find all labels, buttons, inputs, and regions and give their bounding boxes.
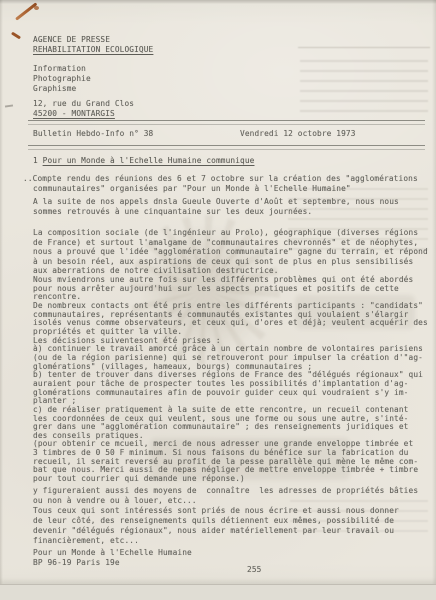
- paragraph-decisions: Nous mviendrons une autre fois sur les d…: [33, 276, 428, 484]
- heading-number: 1: [33, 156, 43, 165]
- paragraph-interesses: y figureraient aussi des moyens de conna…: [33, 486, 418, 545]
- scanned-bulletin-page: AGENCE DE PRESSEREHABILITATION ECOLOGIQU…: [0, 0, 436, 600]
- bleedthrough-text-top-right: [300, 60, 428, 118]
- article-heading: 1 Pour un Monde à l'Echelle Humaine comm…: [33, 156, 254, 166]
- scan-edge-bottom: [0, 584, 436, 600]
- address-city: 45200 - MONTARGIS: [33, 109, 115, 118]
- address-street: 12, rue du Grand Clos: [33, 99, 134, 108]
- margin-dash-mark: [5, 104, 13, 107]
- agency-services: Information Photographie Graphisme: [33, 64, 91, 94]
- scan-edge-right: [432, 0, 436, 600]
- horizontal-rule-top: [28, 120, 425, 125]
- bulletin-number: Bulletin Hebdo-Info n° 38: [33, 129, 153, 139]
- paragraph-compte-rendu: ..Compte rendu des réunions des 6 et 7 o…: [33, 174, 418, 193]
- horizontal-rule-bottom: [28, 145, 425, 150]
- agency-address: 12, rue du Grand Clos45200 - MONTARGIS: [33, 99, 134, 119]
- paragraph-appels: A la suite de nos appels dnsla Gueule Ou…: [33, 197, 399, 216]
- bulletin-date: Vendredi 12 octobre 1973: [240, 129, 356, 139]
- agency-line2: REHABILITATION ECOLOGIQUE: [33, 45, 153, 54]
- agency-name: AGENCE DE PRESSEREHABILITATION ECOLOGIQU…: [33, 35, 153, 55]
- scan-edge-top: [0, 0, 436, 4]
- agency-line1: AGENCE DE PRESSE: [33, 35, 110, 44]
- paragraph-composition: La composition sociale (de l'ingénieur a…: [33, 228, 428, 276]
- scan-edge-left: [0, 0, 3, 600]
- bleedthrough-underline: [298, 47, 430, 49]
- heading-title: Pour un Monde à l'Echelle Humaine commun…: [43, 156, 255, 165]
- footer-organisation: Pour un Monde à l'Echelle Humaine BP 96-…: [33, 548, 192, 568]
- page-number: 255: [247, 565, 261, 575]
